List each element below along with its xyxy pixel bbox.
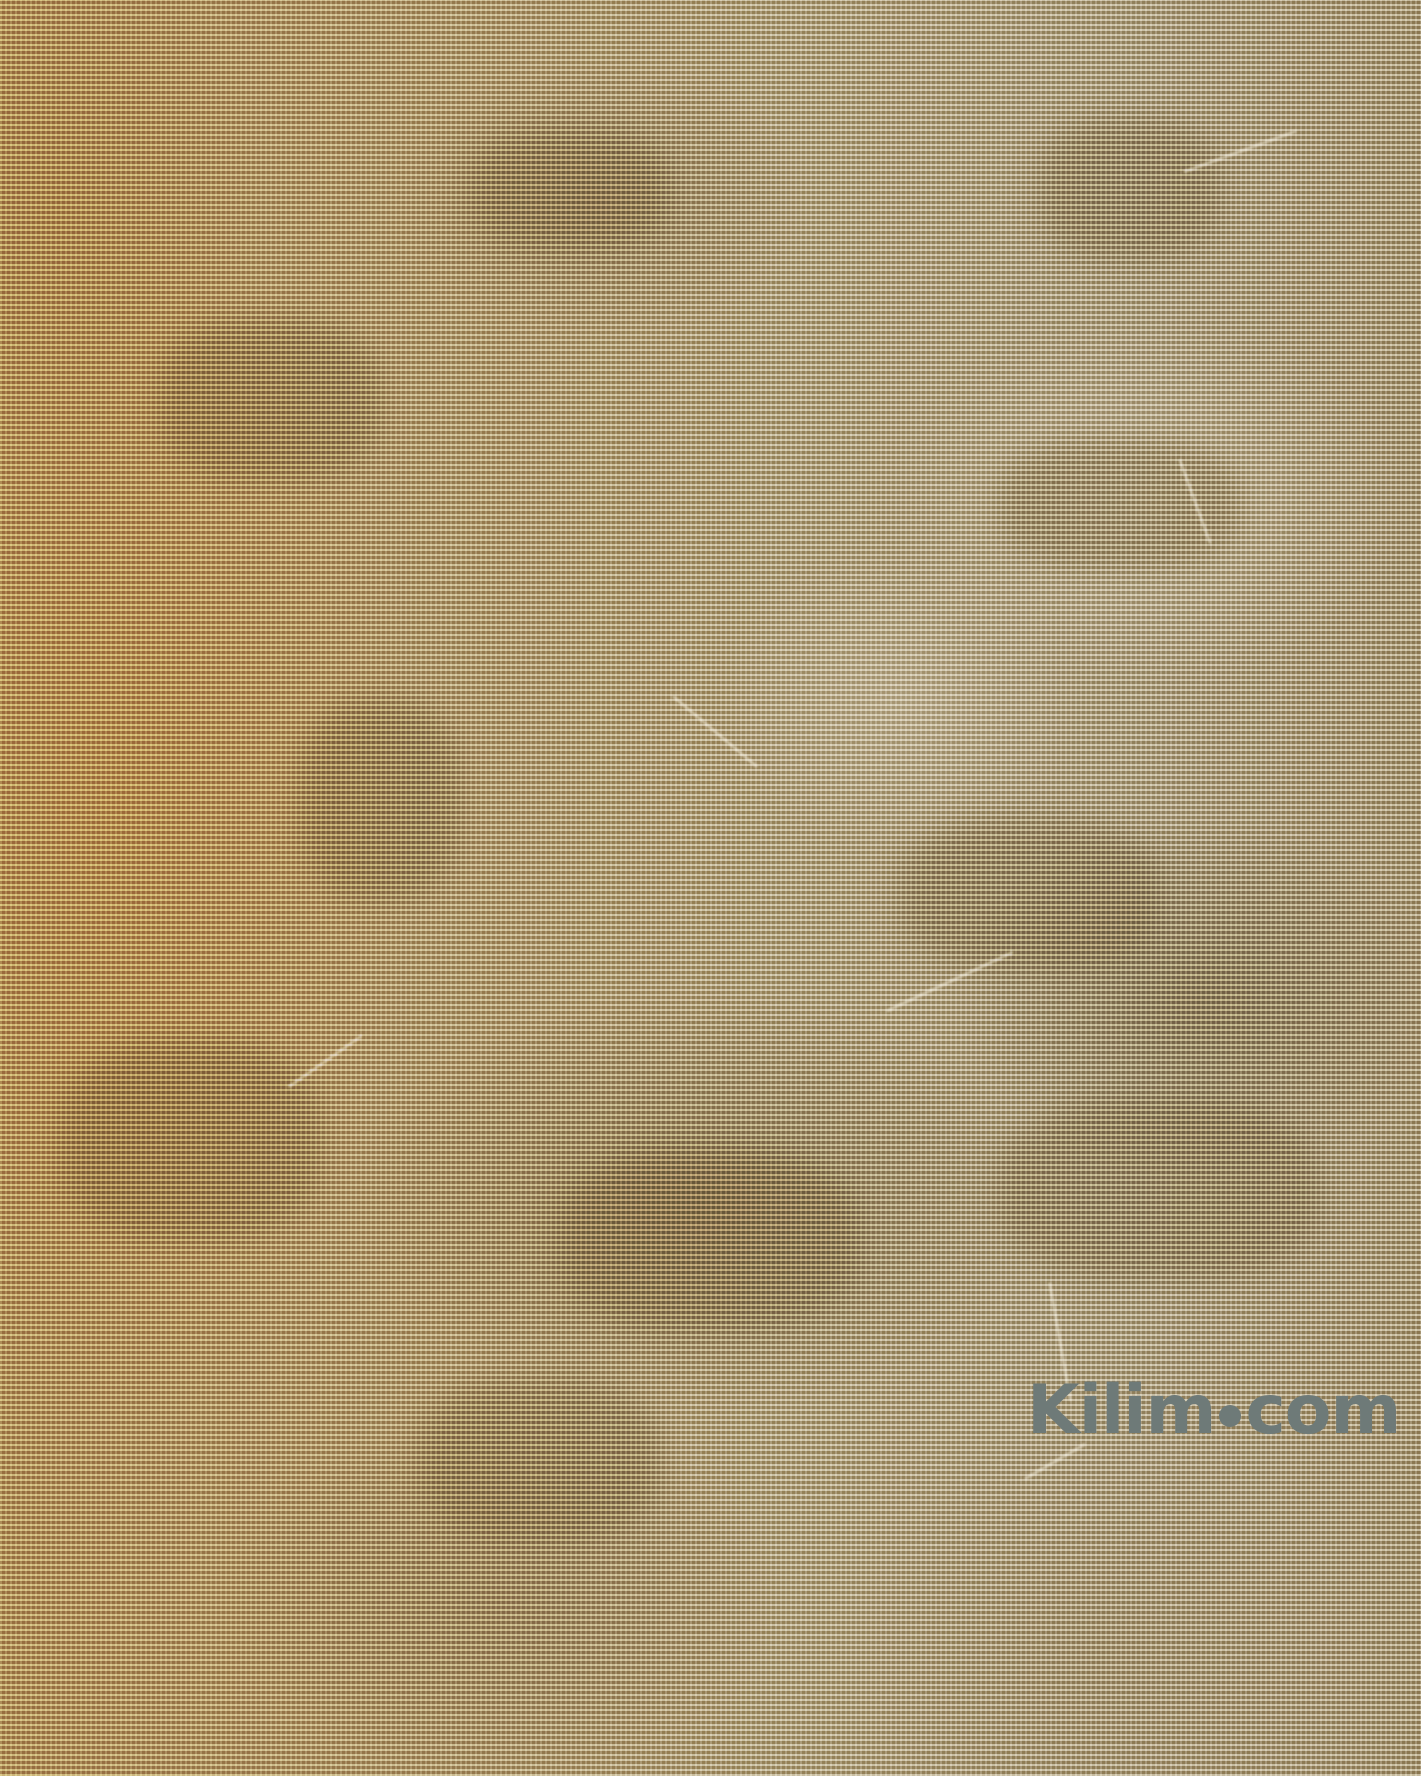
rug-photo: Kilimcom <box>0 0 1421 1776</box>
watermark-text-left: Kilim <box>1027 1371 1215 1450</box>
watermark-text-right: com <box>1245 1371 1400 1450</box>
watermark-logo: Kilimcom <box>1027 1377 1400 1445</box>
rug-weave-texture <box>0 0 1421 1776</box>
watermark-dot-icon <box>1219 1405 1241 1427</box>
